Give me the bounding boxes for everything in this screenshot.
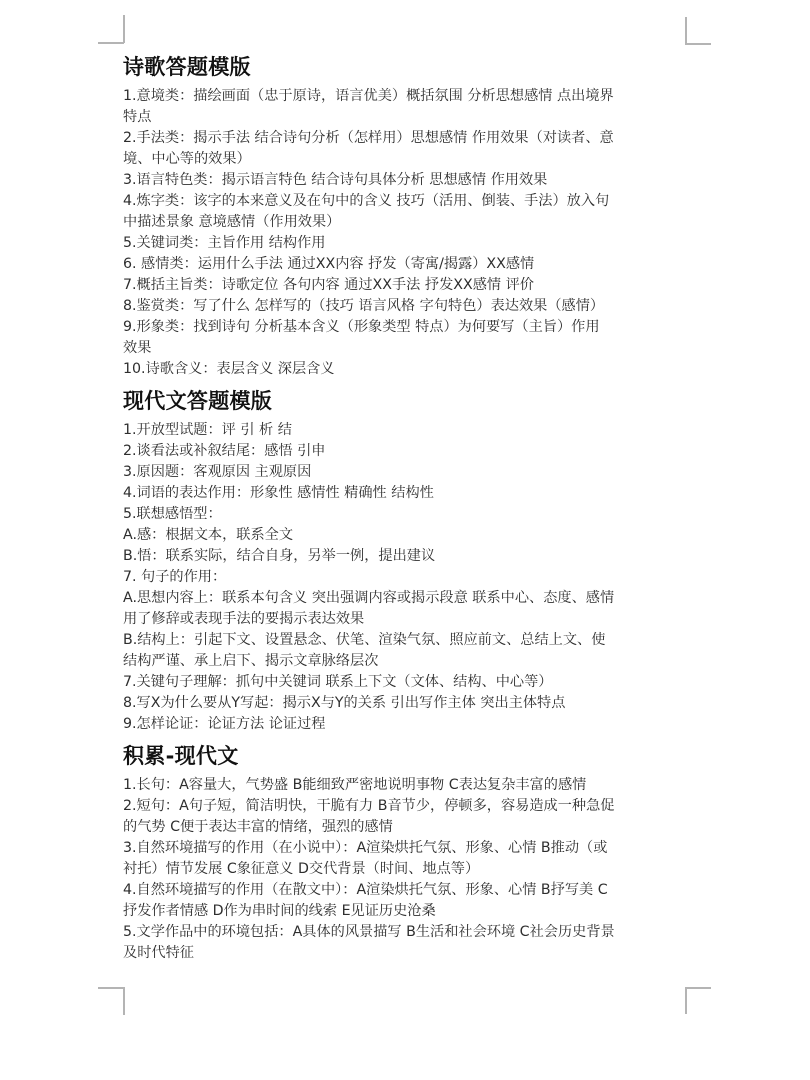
text-line: 抒发作者情感 D作为串时间的线索 E见证历史沧桑: [123, 901, 689, 922]
section-title: 现代文答题模版: [123, 384, 689, 420]
text-line: 3.自然环境描写的作用（在小说中）：A渲染烘托气氛、形象、心情 B推动（或: [123, 838, 689, 859]
text-line: A.感：根据文本，联系全文: [123, 525, 689, 546]
text-line: 7. 句子的作用：: [123, 567, 689, 588]
text-line: 8.鉴赏类：写了什么 怎样写的（技巧 语言风格 字句特色）表达效果（感情）: [123, 296, 689, 317]
text-line: 2.短句：A句子短，简洁明快，干脆有力 B音节少，停顿多，容易造成一种急促: [123, 796, 689, 817]
text-line: 特点: [123, 107, 689, 128]
text-line: 9.怎样论证：论证方法 论证过程: [123, 714, 689, 735]
text-line: B.结构上：引起下文、设置悬念、伏笔、渲染气氛、照应前文、总结上文、使: [123, 630, 689, 651]
section-accumulation-modern-prose: 积累-现代文 1.长句：A容量大，气势盛 B能细致严密地说明事物 C表达复杂丰富…: [123, 739, 689, 964]
text-line: 5.文学作品中的环境包括：A具体的风景描写 B生活和社会环境 C社会历史背景: [123, 922, 689, 943]
text-line: 6. 感情类：运用什么手法 通过XX内容 抒发（寄寓/揭露）XX感情: [123, 254, 689, 275]
crop-mark-bottom-right-vertical: [685, 987, 687, 1014]
text-line: B.悟：联系实际，结合自身，另举一例，提出建议: [123, 546, 689, 567]
text-line: 衬托）情节发展 C象征意义 D交代背景（时间、地点等）: [123, 859, 689, 880]
section-title: 积累-现代文: [123, 739, 689, 775]
text-line: 用了修辞或表现手法的要揭示表达效果: [123, 609, 689, 630]
text-line: 5.联想感悟型：: [123, 504, 689, 525]
text-line: 1.意境类：描绘画面（忠于原诗，语言优美）概括氛围 分析思想感情 点出境界: [123, 86, 689, 107]
text-line: 5.关键词类：主旨作用 结构作用: [123, 233, 689, 254]
text-line: 2.谈看法或补叙结尾：感悟 引申: [123, 441, 689, 462]
text-line: 3.语言特色类：揭示语言特色 结合诗句具体分析 思想感情 作用效果: [123, 170, 689, 191]
text-line: 3.原因题：客观原因 主观原因: [123, 462, 689, 483]
line-list: 1.长句：A容量大，气势盛 B能细致严密地说明事物 C表达复杂丰富的感情 2.短…: [123, 775, 689, 964]
text-line: 境、中心等的效果）: [123, 149, 689, 170]
text-line: 1.长句：A容量大，气势盛 B能细致严密地说明事物 C表达复杂丰富的感情: [123, 775, 689, 796]
text-line: 2.手法类：揭示手法 结合诗句分析（怎样用）思想感情 作用效果（对读者、意: [123, 128, 689, 149]
section-poetry-templates: 诗歌答题模版 1.意境类：描绘画面（忠于原诗，语言优美）概括氛围 分析思想感情 …: [123, 50, 689, 380]
text-line: 中描述景象 意境感情（作用效果）: [123, 212, 689, 233]
section-modern-prose-templates: 现代文答题模版 1.开放型试题：评 引 析 结 2.谈看法或补叙结尾：感悟 引申…: [123, 384, 689, 735]
text-line: 10.诗歌含义：表层含义 深层含义: [123, 359, 689, 380]
text-line: 4.词语的表达作用：形象性 感情性 精确性 结构性: [123, 483, 689, 504]
crop-mark-bottom-left-vertical: [123, 987, 125, 1015]
line-list: 1.意境类：描绘画面（忠于原诗，语言优美）概括氛围 分析思想感情 点出境界 特点…: [123, 86, 689, 380]
text-line: 4.炼字类：该字的本来意义及在句中的含义 技巧（活用、倒装、手法）放入句: [123, 191, 689, 212]
document-page: 诗歌答题模版 1.意境类：描绘画面（忠于原诗，语言优美）概括氛围 分析思想感情 …: [123, 50, 689, 964]
text-line: 7.关键句子理解：抓句中关键词 联系上下文（文体、结构、中心等）: [123, 672, 689, 693]
text-line: 的气势 C便于表达丰富的情绪，强烈的感情: [123, 817, 689, 838]
text-line: 结构严谨、承上启下、揭示文章脉络层次: [123, 651, 689, 672]
crop-mark-top-right-horizontal: [685, 43, 711, 45]
crop-mark-top-left-horizontal: [98, 42, 124, 44]
crop-mark-bottom-left-horizontal: [98, 987, 124, 989]
section-title: 诗歌答题模版: [123, 50, 689, 86]
text-line: 7.概括主旨类：诗歌定位 各句内容 通过XX手法 抒发XX感情 评价: [123, 275, 689, 296]
text-line: 8.写X为什么要从Y写起：揭示X与Y的关系 引出写作主体 突出主体特点: [123, 693, 689, 714]
crop-mark-top-right-vertical: [685, 17, 687, 44]
text-line: 1.开放型试题：评 引 析 结: [123, 420, 689, 441]
crop-mark-bottom-right-horizontal: [685, 987, 711, 989]
text-line: 9.形象类：找到诗句 分析基本含义（形象类型 特点）为何要写（主旨）作用: [123, 317, 689, 338]
text-line: 4.自然环境描写的作用（在散文中）：A渲染烘托气氛、形象、心情 B抒写美 C: [123, 880, 689, 901]
line-list: 1.开放型试题：评 引 析 结 2.谈看法或补叙结尾：感悟 引申 3.原因题：客…: [123, 420, 689, 735]
text-line: A.思想内容上：联系本句含义 突出强调内容或揭示段意 联系中心、态度、感情: [123, 588, 689, 609]
text-line: 效果: [123, 338, 689, 359]
crop-mark-top-left-vertical: [123, 15, 125, 43]
text-line: 及时代特征: [123, 943, 689, 964]
